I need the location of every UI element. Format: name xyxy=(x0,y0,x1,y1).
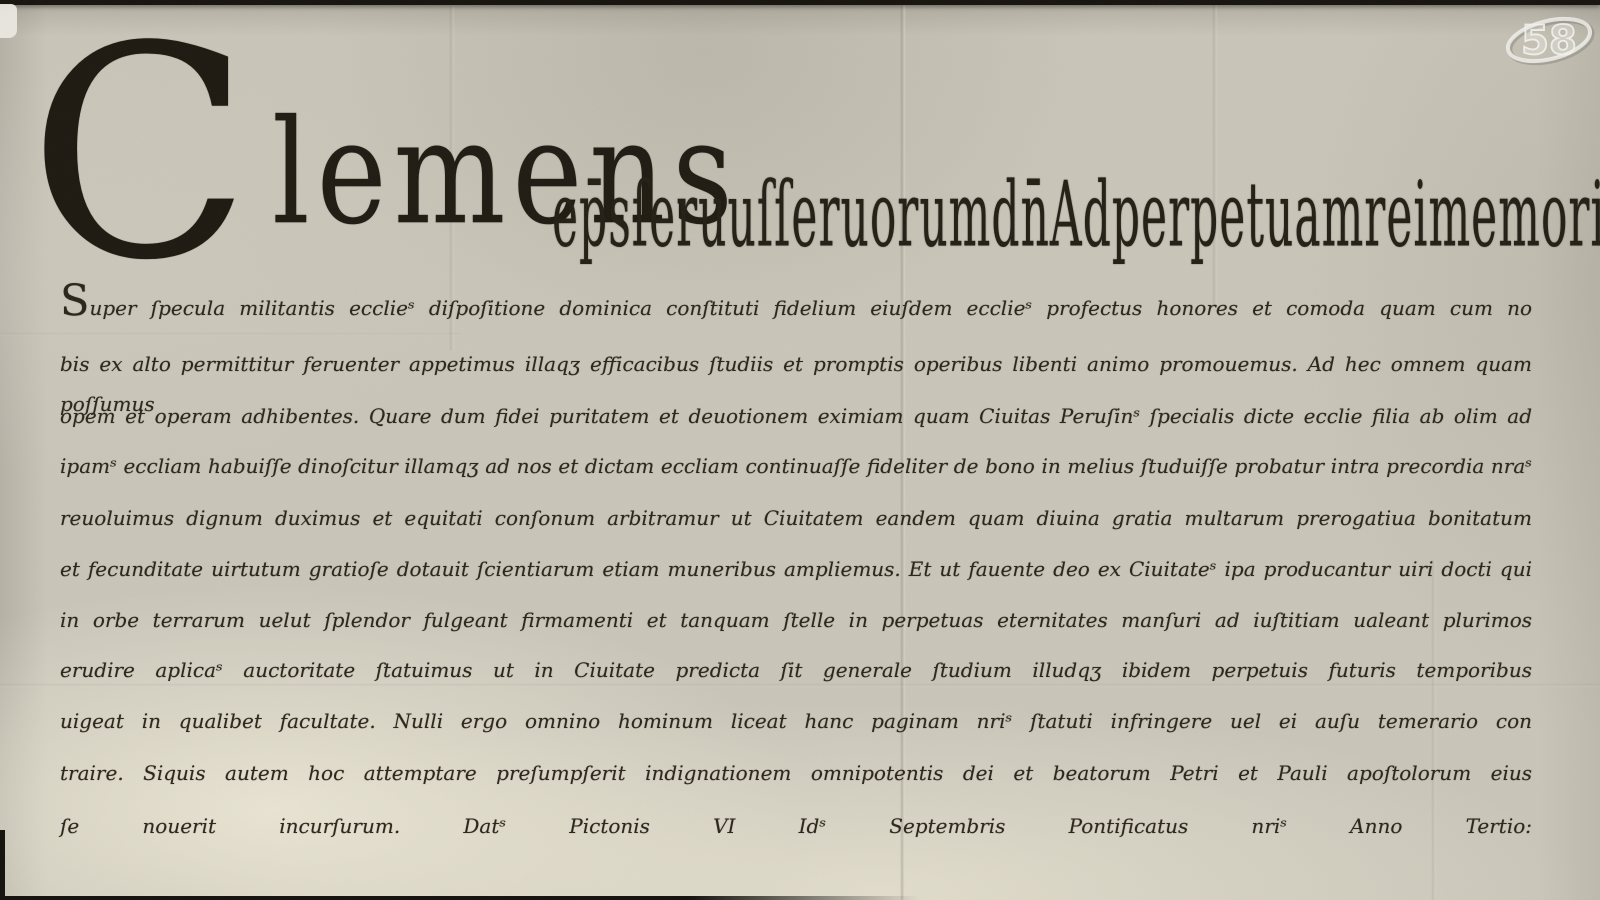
text-line-4: ipamˢ eccliam habuiſſe dinoſcitur illamq… xyxy=(60,446,1532,486)
photo-left-edge xyxy=(0,830,5,900)
text-line-3: opem et operam adhibentes. Quare dum fid… xyxy=(60,396,1532,436)
heading-word-perpetuam: perpetuam xyxy=(1112,163,1364,268)
text-line-9: uigeat in qualibet facultate. Nulli ergo… xyxy=(60,701,1532,741)
heading-word-memoriam: memoriam: xyxy=(1428,163,1600,268)
heading-word-servorum: ſeruorum xyxy=(774,163,991,268)
text-line-6: et fecunditate uirtutum gratioſe dotauit… xyxy=(60,549,1532,589)
text-line-11: ſe nouerit incurſurum. Datˢ Pictonis VI … xyxy=(60,806,1532,846)
channel-58-logo: 58 xyxy=(1501,6,1597,72)
heading-elongated-words: ep̄s ſeruuſ ſeruorum dn̄ Ad perpetuam re… xyxy=(552,150,1540,268)
text-line-7: in orbe terrarum uelut ſplendor fulgeant… xyxy=(60,600,1532,640)
decorated-initial-C: C xyxy=(28,30,251,278)
heading-word-eps: ep̄s xyxy=(552,163,632,268)
fold-crease-horizontal-upper xyxy=(0,333,460,336)
heading-word-dei: dn̄ xyxy=(991,163,1050,268)
photo-corner-chip xyxy=(0,4,17,38)
text-line-8: erudire aplicaˢ auctoritate ſtatuimus ut… xyxy=(60,650,1532,690)
photo-bottom-edge xyxy=(0,896,920,900)
channel-58-number: 58 xyxy=(1521,18,1577,64)
heading-word-servus: ſeruuſ xyxy=(632,163,774,268)
manuscript-photo: C lemens ep̄s ſeruuſ ſeruorum dn̄ Ad per… xyxy=(0,0,1600,900)
text-line-1: Super ſpecula militantis ecclieˢ diſpoſi… xyxy=(60,288,1532,328)
heading-word-ad: Ad xyxy=(1050,163,1112,268)
heading-word-rei: rei xyxy=(1364,163,1428,268)
text-line-5: reuoluimus dignum duximus et equitati co… xyxy=(60,498,1532,538)
text-line-10: traire. Siquis autem hoc attemptare preſ… xyxy=(60,753,1532,793)
photo-top-edge xyxy=(0,0,1600,5)
